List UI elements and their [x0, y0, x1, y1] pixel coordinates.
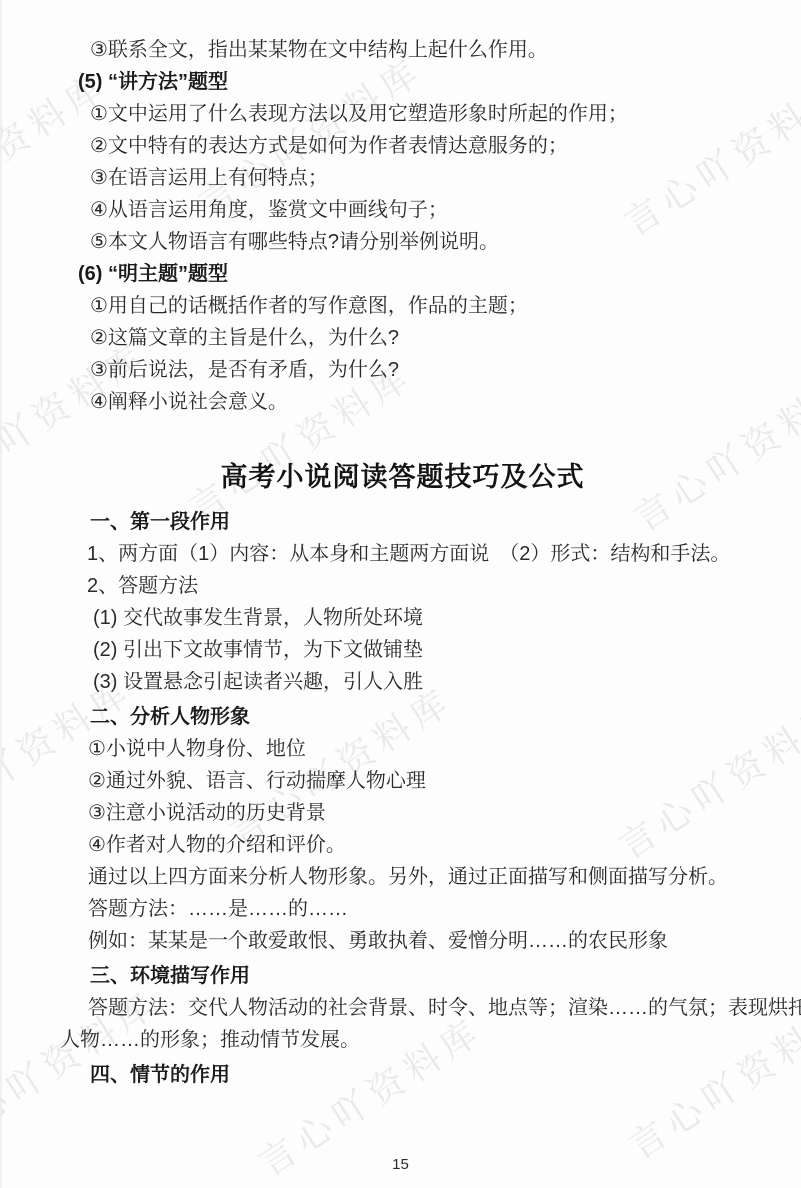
type5-item: ①文中运用了什么表现方法以及用它塑造形象时所起的作用； — [60, 98, 775, 130]
section-1-line: 1、两方面（1）内容：从本身和主题两方面说 （2）形式：结构和手法。 — [60, 538, 775, 570]
section-3-answer-line: 人物……的形象；推动情节发展。 — [60, 1024, 775, 1056]
section-2-item: ①小说中人物身份、地位 — [60, 733, 775, 765]
section-2-item: ④作者对人物的介绍和评价。 — [60, 829, 775, 861]
document-content: ③联系全文，指出某某物在文中结构上起什么作用。 (5) “讲方法”题型 ①文中运… — [60, 34, 775, 1091]
section-1-method: (2) 引出下文故事情节，为下文做铺垫 — [60, 634, 775, 666]
section-3-heading: 三、环境描写作用 — [60, 960, 775, 992]
section-2-answer-method: 答题方法：……是……的…… — [60, 893, 775, 925]
type5-item: ②文中特有的表达方式是如何为作者表情达意服务的； — [60, 130, 775, 162]
section-4-heading: 四、情节的作用 — [60, 1059, 775, 1091]
section-1-heading: 一、第一段作用 — [60, 506, 775, 538]
type5-item: ⑤本文人物语言有哪些特点?请分别举例说明。 — [60, 226, 775, 258]
question-type-5-heading: (5) “讲方法”题型 — [60, 66, 775, 98]
type6-item: ④阐释小说社会意义。 — [60, 386, 775, 418]
section-3-answer-line: 答题方法：交代人物活动的社会背景、时令、地点等；渲染……的气氛；表现烘托 — [60, 992, 775, 1024]
question-type-6-heading: (6) “明主题”题型 — [60, 258, 775, 290]
document-page: 言心吖资料库 言心吖资料库 言心吖资料库 言心吖资料库 言心吖资料库 言心吖资料… — [0, 0, 801, 1188]
type6-item: ①用自己的话概括作者的写作意图，作品的主题； — [60, 290, 775, 322]
section-2-summary: 通过以上四方面来分析人物形象。另外，通过正面描写和侧面描写分析。 — [60, 861, 775, 893]
section-2-example: 例如：某某是一个敢爱敢恨、勇敢执着、爱憎分明……的农民形象 — [60, 925, 775, 957]
section-1-line: 2、答题方法 — [60, 570, 775, 602]
type5-item: ③在语言运用上有何特点； — [60, 162, 775, 194]
section-1-method: (3) 设置悬念引起读者兴趣，引人入胜 — [60, 666, 775, 698]
section-1-method: (1) 交代故事发生背景，人物所处环境 — [60, 602, 775, 634]
carryover-item: ③联系全文，指出某某物在文中结构上起什么作用。 — [60, 34, 775, 66]
article-title: 高考小说阅读答题技巧及公式 — [60, 456, 745, 498]
section-2-item: ②通过外貌、语言、行动揣摩人物心理 — [60, 765, 775, 797]
type6-item: ②这篇文章的主旨是什么，为什么? — [60, 322, 775, 354]
type5-item: ④从语言运用角度，鉴赏文中画线句子； — [60, 194, 775, 226]
section-2-item: ③注意小说活动的历史背景 — [60, 797, 775, 829]
type6-item: ③前后说法，是否有矛盾，为什么? — [60, 354, 775, 386]
page-number: 15 — [0, 1156, 801, 1174]
section-2-heading: 二、分析人物形象 — [60, 701, 775, 733]
